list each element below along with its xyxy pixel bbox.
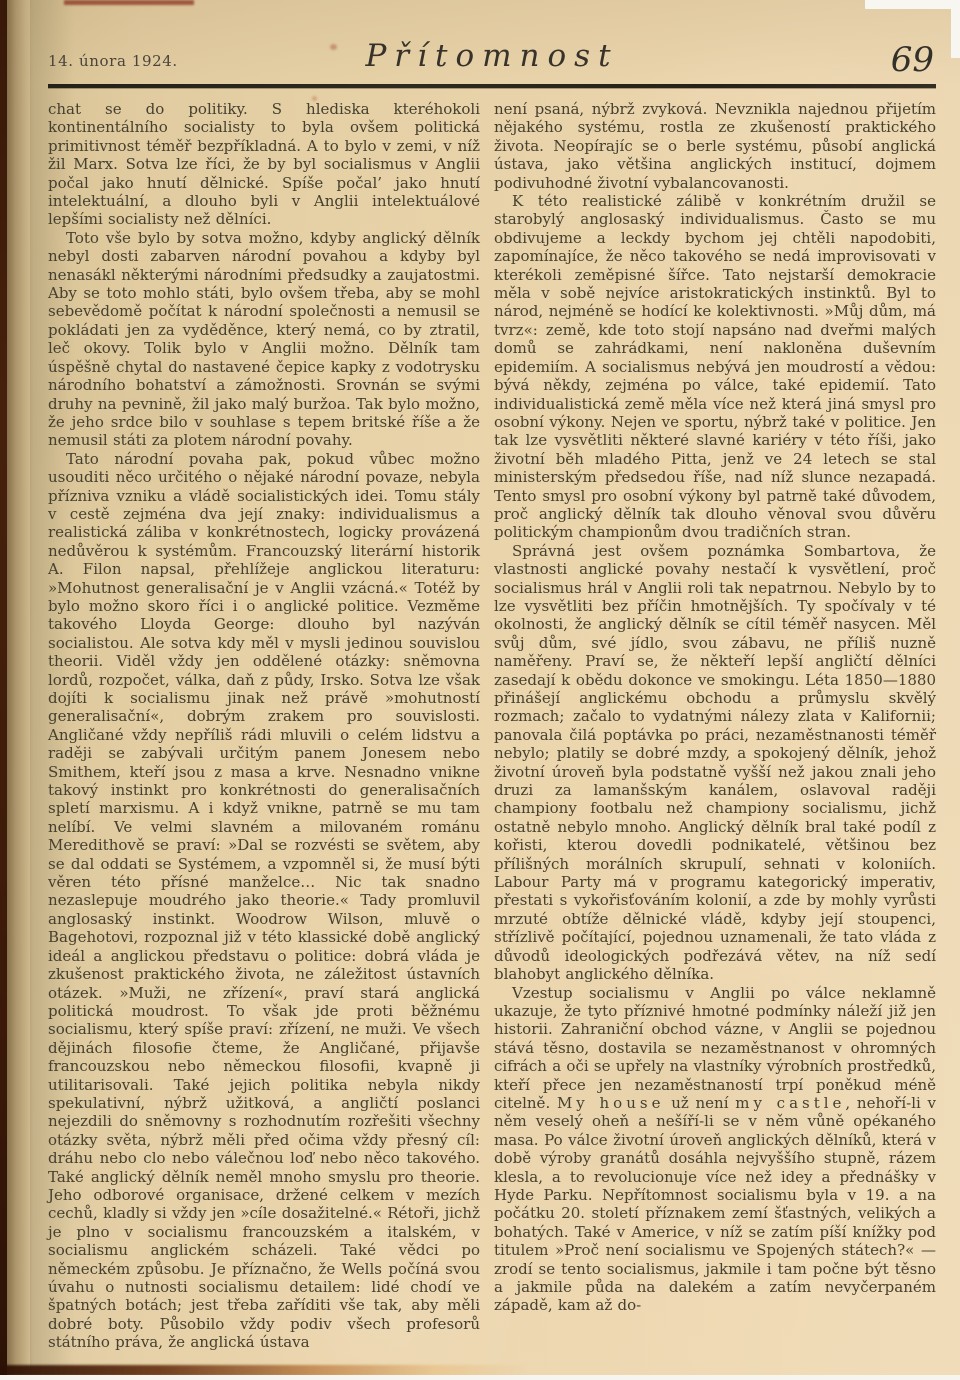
page-content: 14. února 1924. Přítomnost 69 chat se do… [48,28,936,1352]
masthead-title: Přítomnost [365,38,618,74]
paragraph: Vzestup socialismu v Anglii po válce nek… [494,984,936,1315]
page-number: 69 [891,40,934,80]
header-rule [48,84,936,88]
page-header: 14. února 1924. Přítomnost 69 [48,28,936,76]
paragraph: Správná jest ovšem poznámka Sombartova, … [494,542,936,984]
spaced-emphasis: My house [557,1094,665,1112]
scan-edge-top-red [64,0,194,5]
paragraph: K této realistické zálibě v konkrétním d… [494,192,936,542]
issue-date: 14. února 1924. [48,52,178,70]
scan-edge-right-white [951,0,960,58]
scan-edge-topright-white [865,0,960,9]
spaced-emphasis: my castle [735,1094,845,1112]
column-right: není psaná, nýbrž zvyková. Nevznikla naj… [494,100,936,1352]
paragraph: Tato národní povaha pak, pokud vůbec mož… [48,450,480,1352]
paragraph: Toto vše bylo by sotva možno, kdyby angl… [48,229,480,450]
column-left: chat se do politiky. S hlediska kteréhok… [48,100,480,1352]
article-columns: chat se do politiky. S hlediska kteréhok… [48,100,936,1352]
paragraph: chat se do politiky. S hlediska kteréhok… [48,100,480,229]
paragraph: není psaná, nýbrž zvyková. Nevznikla naj… [494,100,936,192]
scan-edge-left-dark [0,0,7,1380]
scan-edge-bottom-white [0,1375,960,1380]
magazine-page-scan: 14. února 1924. Přítomnost 69 chat se do… [0,0,960,1380]
